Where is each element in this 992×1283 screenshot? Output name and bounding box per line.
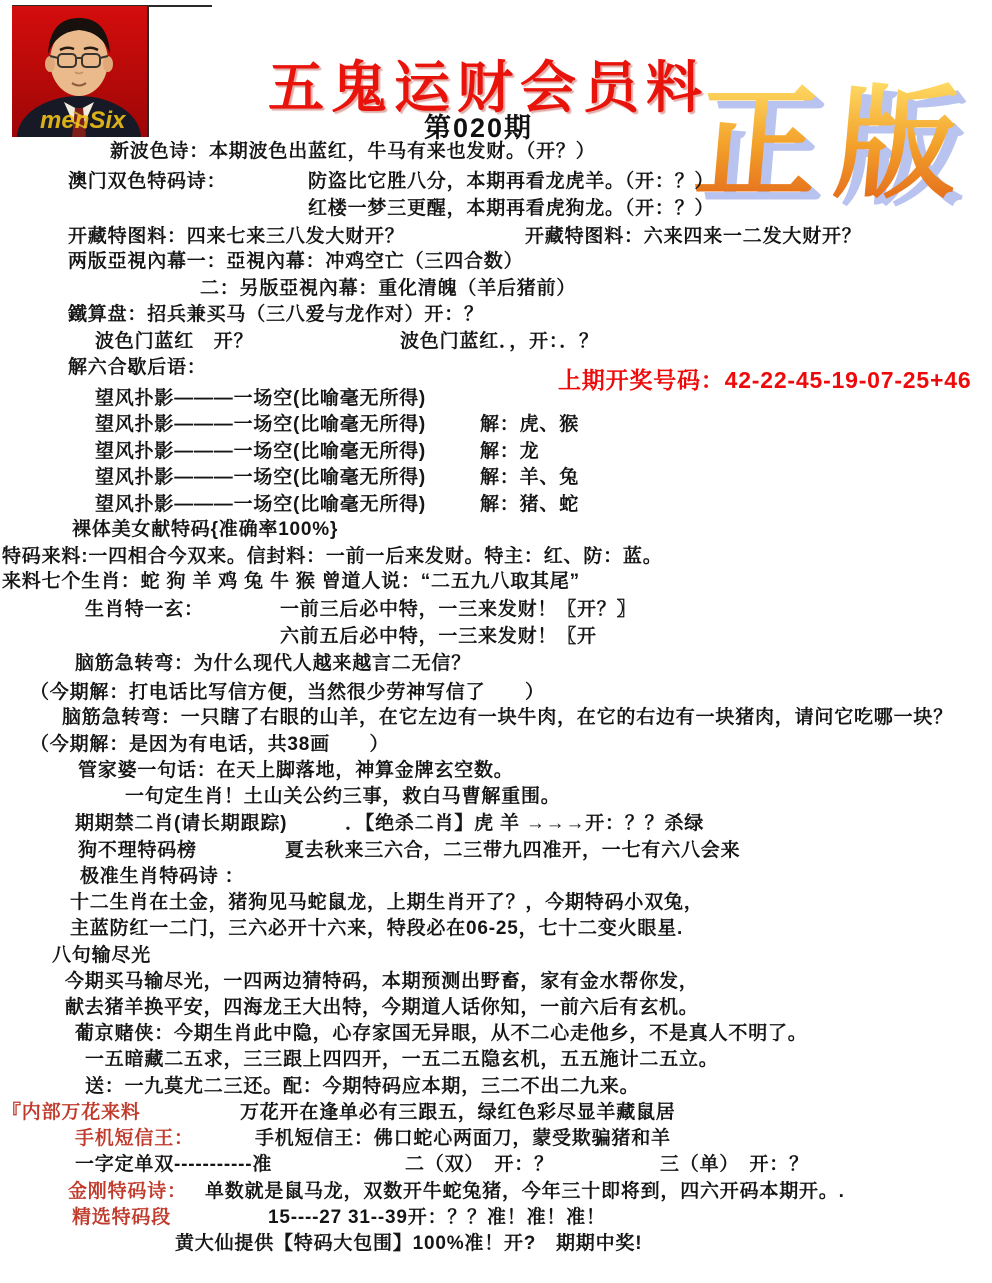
text-line: 管家婆一句话：在天上脚落地，神算金牌玄空数。: [78, 759, 514, 783]
text-segment: 精选特码段: [72, 1207, 171, 1228]
text-line: 望风扑影———一场空(比喻毫无所得)解：猪、蛇: [95, 493, 426, 517]
text-line: 『内部万花来料万花开在逢单必有三跟五，绿红色彩尽显羊藏鼠居: [2, 1101, 141, 1125]
text-line: 望风扑影———一场空(比喻毫无所得)解：虎、猴: [95, 413, 426, 437]
text-line: 解六合歇后语：: [68, 356, 207, 380]
text-segment: 来料七个生肖：蛇 狗 羊 鸡 兔 牛 猴 曾道人说：“二五九八取其尾”: [2, 571, 580, 592]
text-line: 来料七个生肖：蛇 狗 羊 鸡 兔 牛 猴 曾道人说：“二五九八取其尾”: [2, 570, 580, 594]
text-segment: 万花开在逢单必有三跟五，绿红色彩尽显羊藏鼠居: [240, 1101, 676, 1125]
text-segment: 波色门蓝红 开？: [95, 331, 253, 352]
text-line: 一句定生肖！土山关公约三事，救白马曹解重围。: [125, 785, 561, 809]
text-segment: 望风扑影———一场空(比喻毫无所得): [95, 441, 426, 462]
photo-watermark: menSix: [40, 107, 127, 134]
text-segment: 二（双） 开：？: [405, 1153, 554, 1177]
text-segment: 特码来料:一四相合今双来。信封料：一前一后来发财。特主：红、防：蓝。: [2, 546, 663, 567]
text-segment: 解：羊、兔: [480, 466, 579, 490]
text-line: 望风扑影———一场空(比喻毫无所得): [95, 387, 426, 411]
text-segment: 望风扑影———一场空(比喻毫无所得): [95, 388, 426, 409]
text-segment: 六前五后必中特，一三来发财！〖开: [280, 626, 597, 647]
text-segment: 狗不理特码榜: [78, 840, 197, 861]
text-segment: 『内部万花来料: [2, 1102, 141, 1123]
text-segment: 管家婆一句话：在天上脚落地，神算金牌玄空数。: [78, 760, 514, 781]
text-segment: （今期解：打电话比写信方便，当然很少劳神写信了 ）: [30, 682, 545, 703]
text-line: 红楼一梦三更醒，本期再看虎狗龙。（开：？）: [308, 197, 714, 221]
text-line: 裸体美女献特码{准确率100%}: [72, 518, 338, 542]
text-segment: 一字定单双-----------准: [75, 1154, 272, 1175]
text-segment: 开藏特图料：六来四来一二发大财开？: [525, 225, 862, 249]
text-segment: 一句定生肖！土山关公约三事，救白马曹解重围。: [125, 786, 561, 807]
text-line: （今期解：是因为有电话，共38画 ）: [30, 733, 389, 757]
text-line: 主蓝防红一二门，三六必开十六来，特段必在06-25，七十二变火眼星.: [70, 917, 683, 941]
flyer-page: menSix 五鬼运财会员料 第020期 正版 正版 新波色诗：本期波色出蓝红，…: [0, 0, 992, 1283]
text-segment: 澳门双色特码诗：: [68, 171, 226, 192]
portrait-photo: menSix: [12, 6, 149, 137]
text-segment: 极准生肖特码诗 ：: [80, 866, 244, 887]
text-segment: 望风扑影———一场空(比喻毫无所得): [95, 467, 426, 488]
text-segment: 金刚特码诗：: [68, 1181, 187, 1202]
text-segment: 红楼一梦三更醒，本期再看虎狗龙。（开：？）: [308, 198, 714, 219]
text-segment: 期期禁二肖(请长期跟踪): [75, 813, 287, 834]
text-segment: 解六合歇后语：: [68, 357, 207, 378]
text-segment: 手机短信王：: [75, 1128, 194, 1149]
text-line: 狗不理特码榜夏去秋来三六合，二三带九四准开，一七有六八会来: [78, 839, 197, 863]
text-line: 黄大仙提供【特码大包围】100%准！开? 期期中奖!: [175, 1232, 642, 1256]
jackpot-line: 上期开奖号码：42-22-45-19-07-25+46: [558, 366, 971, 395]
text-line: 葡京赌侠：今期生肖此中隐，心存家国无异眼，从不二心走他乡，不是真人不明了。: [75, 1022, 808, 1046]
text-segment: 八句输尽光: [52, 945, 151, 966]
text-segment: 一前三后必中特，一三来发财！〖开？〗: [280, 598, 636, 622]
text-segment: 单数就是鼠马龙，双数开牛蛇兔猪，今年三十即将到，四六开码本期开。.: [205, 1180, 845, 1204]
text-line: 手机短信王：手机短信王：佛口蛇心两面刀，蒙受欺骗猪和羊: [75, 1127, 194, 1151]
text-segment: 两版亞視內幕一：亞視內幕：冲鸡空亡（三四合数）: [68, 251, 523, 272]
text-segment: 新波色诗：本期波色出蓝红，牛马有来也发财。（开？）: [110, 141, 596, 162]
text-segment: 15----27 31--39开：？？准！准！准！: [268, 1206, 606, 1230]
text-line: 精选特码段15----27 31--39开：？？准！准！准！: [72, 1206, 171, 1230]
text-segment: 手机短信王：佛口蛇心两面刀，蒙受欺骗猪和羊: [255, 1127, 671, 1151]
text-segment: 三（单） 开：？: [660, 1153, 809, 1177]
text-segment: 望风扑影———一场空(比喻毫无所得): [95, 414, 426, 435]
text-line: （今期解：打电话比写信方便，当然很少劳神写信了 ）: [30, 681, 545, 705]
text-segment: 解：虎、猴: [480, 413, 579, 437]
text-line: 今期买马输尽光，一四两边猜特码，本期预测出野畜，家有金水帮你发，: [65, 970, 699, 994]
text-line: 澳门双色特码诗：防盗比它胜八分，本期再看龙虎羊。（开：？）: [68, 170, 226, 194]
text-line: 望风扑影———一场空(比喻毫无所得)解：龙: [95, 440, 426, 464]
text-line: 金刚特码诗：单数就是鼠马龙，双数开牛蛇兔猪，今年三十即将到，四六开码本期开。.: [68, 1180, 187, 1204]
text-line: 两版亞視內幕一：亞視內幕：冲鸡空亡（三四合数）: [68, 250, 523, 274]
text-segment: 黄大仙提供【特码大包围】100%准！开? 期期中奖!: [175, 1233, 642, 1254]
text-segment: 开藏特图料：四来七来三八发大财开？: [68, 226, 405, 247]
edition-badge: 正版 正版: [688, 52, 992, 230]
text-line: 期期禁二肖(请长期跟踪)．【绝杀二肖】虎 羊 →→→开：？？杀绿: [75, 812, 287, 836]
text-segment: 一五暗藏二五求，三三跟上四四开，一五二五隐玄机，五五施计二五立。: [85, 1049, 719, 1070]
edition-text: 正版: [690, 75, 982, 212]
text-line: 一五暗藏二五求，三三跟上四四开，一五二五隐玄机，五五施计二五立。: [85, 1048, 719, 1072]
text-segment: 生肖特一玄：: [85, 599, 204, 620]
text-line: 二：另版亞視內幕：重化清魄（羊后猪前）: [200, 277, 576, 301]
text-segment: 脑筋急转弯：为什么现代人越来越言二无信？: [75, 653, 471, 674]
text-line: 脑筋急转弯：为什么现代人越来越言二无信？: [75, 652, 471, 676]
text-segment: 送：一九莫尤二三还。配：今期特码应本期，三二不出二九来。: [85, 1076, 639, 1097]
text-segment: 上期开奖号码：42-22-45-19-07-25+46: [558, 367, 971, 393]
text-segment: 防盗比它胜八分，本期再看龙虎羊。（开：？）: [308, 170, 714, 194]
text-segment: 二：另版亞視內幕：重化清魄（羊后猪前）: [200, 278, 576, 299]
text-line: 六前五后必中特，一三来发财！〖开: [280, 625, 597, 649]
text-segment: 十二生肖在土金，猪狗见马蛇鼠龙，上期生肖开了？，今期特码小双兔，: [70, 892, 704, 913]
text-segment: 解：猪、蛇: [480, 493, 579, 517]
text-segment: 望风扑影———一场空(比喻毫无所得): [95, 494, 426, 515]
text-line: 献去猪羊换平安，四海龙王大出特，今期道人话你知，一前六后有玄机。: [65, 996, 699, 1020]
text-line: 脑筋急转弯：一只瞎了右眼的山羊，在它左边有一块牛肉，在它的右边有一块猪肉，请问它…: [62, 706, 953, 730]
text-segment: 主蓝防红一二门，三六必开十六来，特段必在06-25，七十二变火眼星.: [70, 918, 683, 939]
text-line: 十二生肖在土金，猪狗见马蛇鼠龙，上期生肖开了？，今期特码小双兔，: [70, 891, 704, 915]
text-segment: 葡京赌侠：今期生肖此中隐，心存家国无异眼，从不二心走他乡，不是真人不明了。: [75, 1023, 808, 1044]
text-segment: ．【绝杀二肖】虎 羊 →→→开：？？杀绿: [345, 812, 704, 836]
text-segment: 今期买马输尽光，一四两边猜特码，本期预测出野畜，家有金水帮你发，: [65, 971, 699, 992]
text-segment: 裸体美女献特码{准确率100%}: [72, 519, 338, 540]
text-line: 望风扑影———一场空(比喻毫无所得)解：羊、兔: [95, 466, 426, 490]
text-segment: 解：龙: [480, 440, 539, 464]
text-line: 极准生肖特码诗 ：: [80, 865, 244, 889]
text-segment: 鐵算盘：招兵兼买马（三八爱与龙作对）开：？: [68, 304, 484, 325]
text-line: 八句输尽光: [52, 944, 151, 968]
text-segment: 波色门蓝红．，开：．？: [400, 330, 599, 354]
text-line: 新波色诗：本期波色出蓝红，牛马有来也发财。（开？）: [110, 140, 596, 164]
text-line: 特码来料:一四相合今双来。信封料：一前一后来发财。特主：红、防：蓝。: [2, 545, 663, 569]
text-segment: 夏去秋来三六合，二三带九四准开，一七有六八会来: [285, 839, 740, 863]
text-segment: 脑筋急转弯：一只瞎了右眼的山羊，在它左边有一块牛肉，在它的右边有一块猪肉，请问它…: [62, 707, 953, 728]
text-line: 鐵算盘：招兵兼买马（三八爱与龙作对）开：？: [68, 303, 484, 327]
text-line: 波色门蓝红 开？波色门蓝红．，开：．？: [95, 330, 253, 354]
text-line: 开藏特图料：四来七来三八发大财开？开藏特图料：六来四来一二发大财开？: [68, 225, 405, 249]
text-segment: 献去猪羊换平安，四海龙王大出特，今期道人话你知，一前六后有玄机。: [65, 997, 699, 1018]
text-segment: （今期解：是因为有电话，共38画 ）: [30, 734, 389, 755]
text-line: 一字定单双-----------准二（双） 开：？三（单） 开：？: [75, 1153, 272, 1177]
text-line: 生肖特一玄：一前三后必中特，一三来发财！〖开？〗: [85, 598, 204, 622]
text-line: 送：一九莫尤二三还。配：今期特码应本期，三二不出二九来。: [85, 1075, 639, 1099]
